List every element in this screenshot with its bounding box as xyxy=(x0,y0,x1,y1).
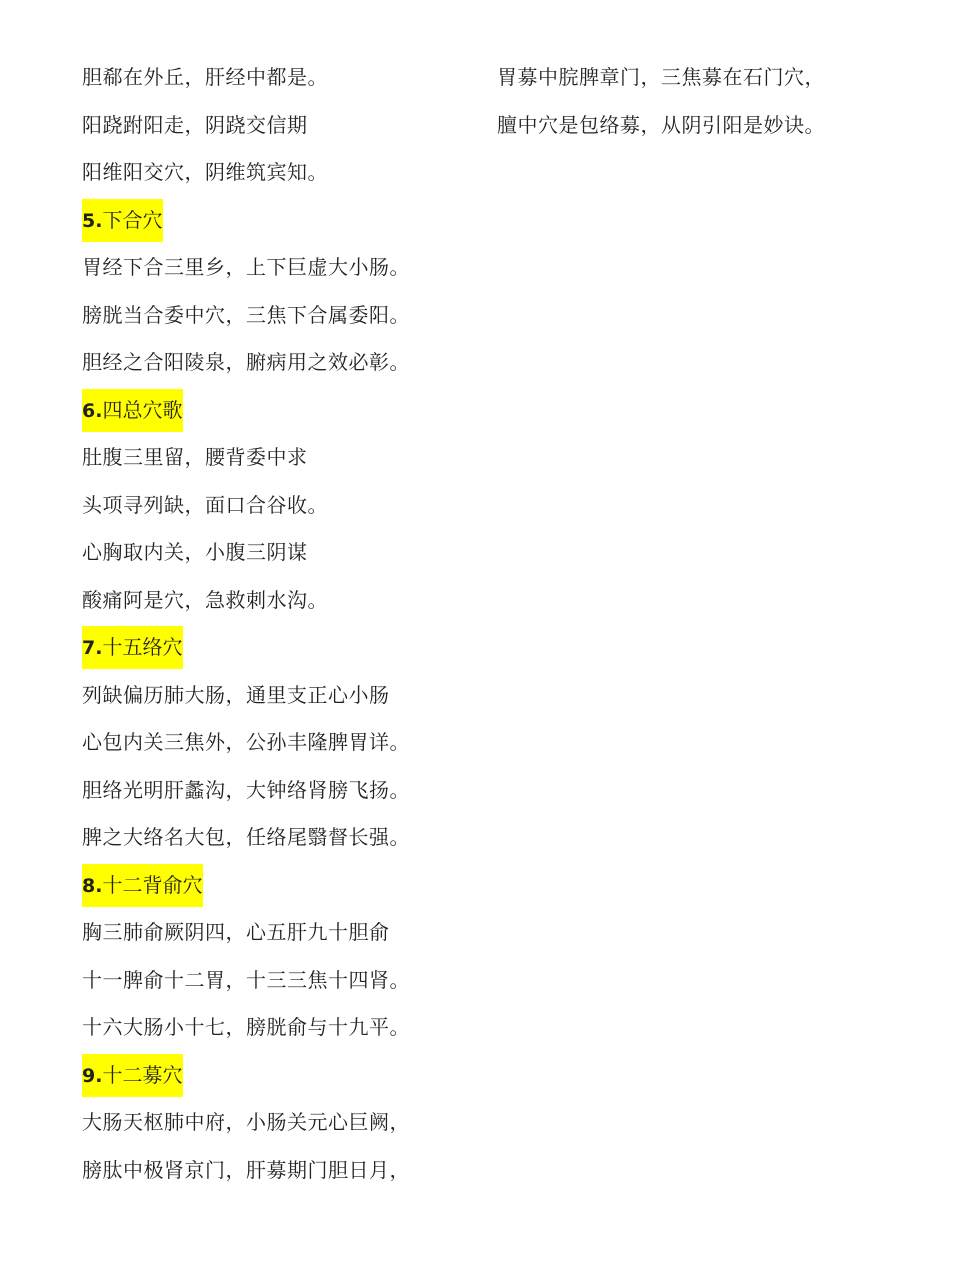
text-line: 胆络光明肝蠡沟，大钟络肾膀飞扬。 xyxy=(82,767,482,815)
heading-title: 十二背俞穴 xyxy=(102,873,202,897)
heading-number: 5. xyxy=(82,210,102,232)
text-line: 胃募中脘脾章门，三焦募在石门穴， xyxy=(497,54,917,102)
left-column: 胆郗在外丘，肝经中都是。 阳跷跗阳走，阴跷交信期 阳维阳交穴，阴维筑宾知。 5.… xyxy=(82,54,482,1194)
text-line: 阳维阳交穴，阴维筑宾知。 xyxy=(82,149,482,197)
right-column: 胃募中脘脾章门，三焦募在石门穴， 膻中穴是包络募，从阴引阳是妙诀。 xyxy=(497,54,917,149)
heading-number: 6. xyxy=(82,400,102,422)
text-line: 膀肽中极肾京门，肝募期门胆日月， xyxy=(82,1147,482,1195)
section-heading-7: 7.十五络穴 xyxy=(82,624,482,672)
text-line: 大肠天枢肺中府，小肠关元心巨阙， xyxy=(82,1099,482,1147)
text-line: 头项寻列缺，面口合谷收。 xyxy=(82,482,482,530)
text-line: 膻中穴是包络募，从阴引阳是妙诀。 xyxy=(497,102,917,150)
heading-title: 十五络穴 xyxy=(102,635,182,659)
section-heading-9: 9.十二募穴 xyxy=(82,1052,482,1100)
text-line: 十一脾俞十二胃，十三三焦十四肾。 xyxy=(82,957,482,1005)
heading-highlight: 8.十二背俞穴 xyxy=(82,864,203,907)
text-line: 胆郗在外丘，肝经中都是。 xyxy=(82,54,482,102)
heading-number: 8. xyxy=(82,875,102,897)
heading-title: 下合穴 xyxy=(102,208,162,232)
text-line: 脾之大络名大包，任络尾翳督长强。 xyxy=(82,814,482,862)
text-line: 酸痛阿是穴，急救刺水沟。 xyxy=(82,577,482,625)
text-line: 十六大肠小十七，膀胱俞与十九平。 xyxy=(82,1004,482,1052)
text-line: 心胸取内关，小腹三阴谋 xyxy=(82,529,482,577)
heading-title: 十二募穴 xyxy=(102,1063,182,1087)
section-heading-5: 5.下合穴 xyxy=(82,197,482,245)
text-line: 心包内关三焦外，公孙丰隆脾胃详。 xyxy=(82,719,482,767)
text-line: 膀胱当合委中穴，三焦下合属委阳。 xyxy=(82,292,482,340)
heading-highlight: 6.四总穴歌 xyxy=(82,389,183,432)
text-line: 胸三肺俞厥阴四，心五肝九十胆俞 xyxy=(82,909,482,957)
heading-title: 四总穴歌 xyxy=(102,398,182,422)
section-heading-6: 6.四总穴歌 xyxy=(82,387,482,435)
text-line: 阳跷跗阳走，阴跷交信期 xyxy=(82,102,482,150)
text-line: 肚腹三里留，腰背委中求 xyxy=(82,434,482,482)
heading-number: 7. xyxy=(82,637,102,659)
text-line: 胆经之合阳陵泉，腑病用之效必彰。 xyxy=(82,339,482,387)
heading-highlight: 7.十五络穴 xyxy=(82,626,183,669)
heading-highlight: 9.十二募穴 xyxy=(82,1054,183,1097)
heading-highlight: 5.下合穴 xyxy=(82,199,163,242)
section-heading-8: 8.十二背俞穴 xyxy=(82,862,482,910)
text-line: 列缺偏历肺大肠，通里支正心小肠 xyxy=(82,672,482,720)
heading-number: 9. xyxy=(82,1065,102,1087)
text-line: 胃经下合三里乡，上下巨虚大小肠。 xyxy=(82,244,482,292)
